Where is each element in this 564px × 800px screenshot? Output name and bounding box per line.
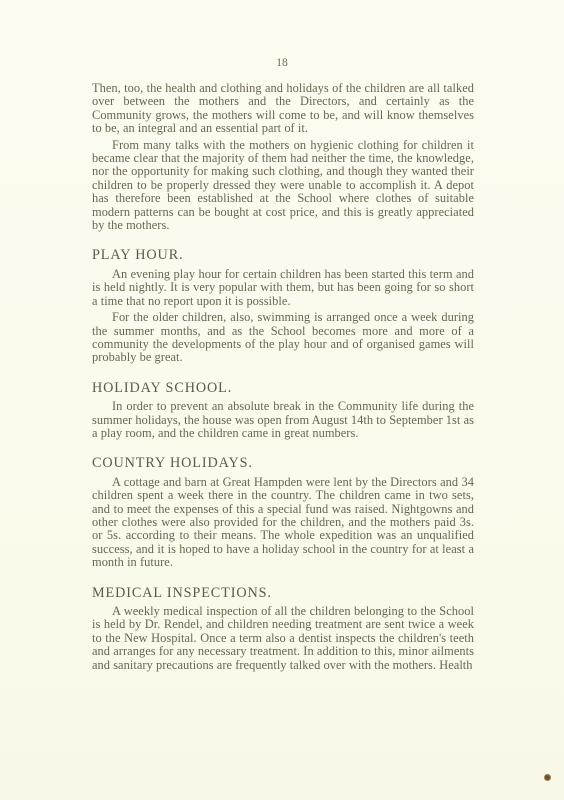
- section-heading-play-hour: PLAY HOUR.: [92, 249, 474, 262]
- page-body: Then, too, the health and clothing and h…: [92, 82, 474, 672]
- medical-inspections-paragraph: A weekly medical inspection of all the c…: [92, 605, 474, 672]
- section-heading-holiday-school: HOLIDAY SCHOOL.: [92, 382, 474, 395]
- play-hour-paragraph: For the older children, also, swimming i…: [92, 311, 474, 365]
- section-heading-country-holidays: COUNTRY HOLIDAYS.: [92, 457, 474, 470]
- document-page: 18 Then, too, the health and clothing an…: [0, 0, 564, 800]
- play-hour-paragraph: An evening play hour for certain childre…: [92, 268, 474, 308]
- intro-paragraph: Then, too, the health and clothing and h…: [92, 82, 474, 136]
- holiday-school-paragraph: In order to prevent an absolute break in…: [92, 400, 474, 440]
- paper-stain: [544, 774, 551, 781]
- country-holidays-paragraph: A cottage and barn at Great Hampden were…: [92, 476, 474, 570]
- intro-paragraph: From many talks with the mothers on hygi…: [92, 139, 474, 233]
- page-number: 18: [0, 57, 564, 69]
- section-heading-medical-inspections: MEDICAL INSPECTIONS.: [92, 587, 474, 600]
